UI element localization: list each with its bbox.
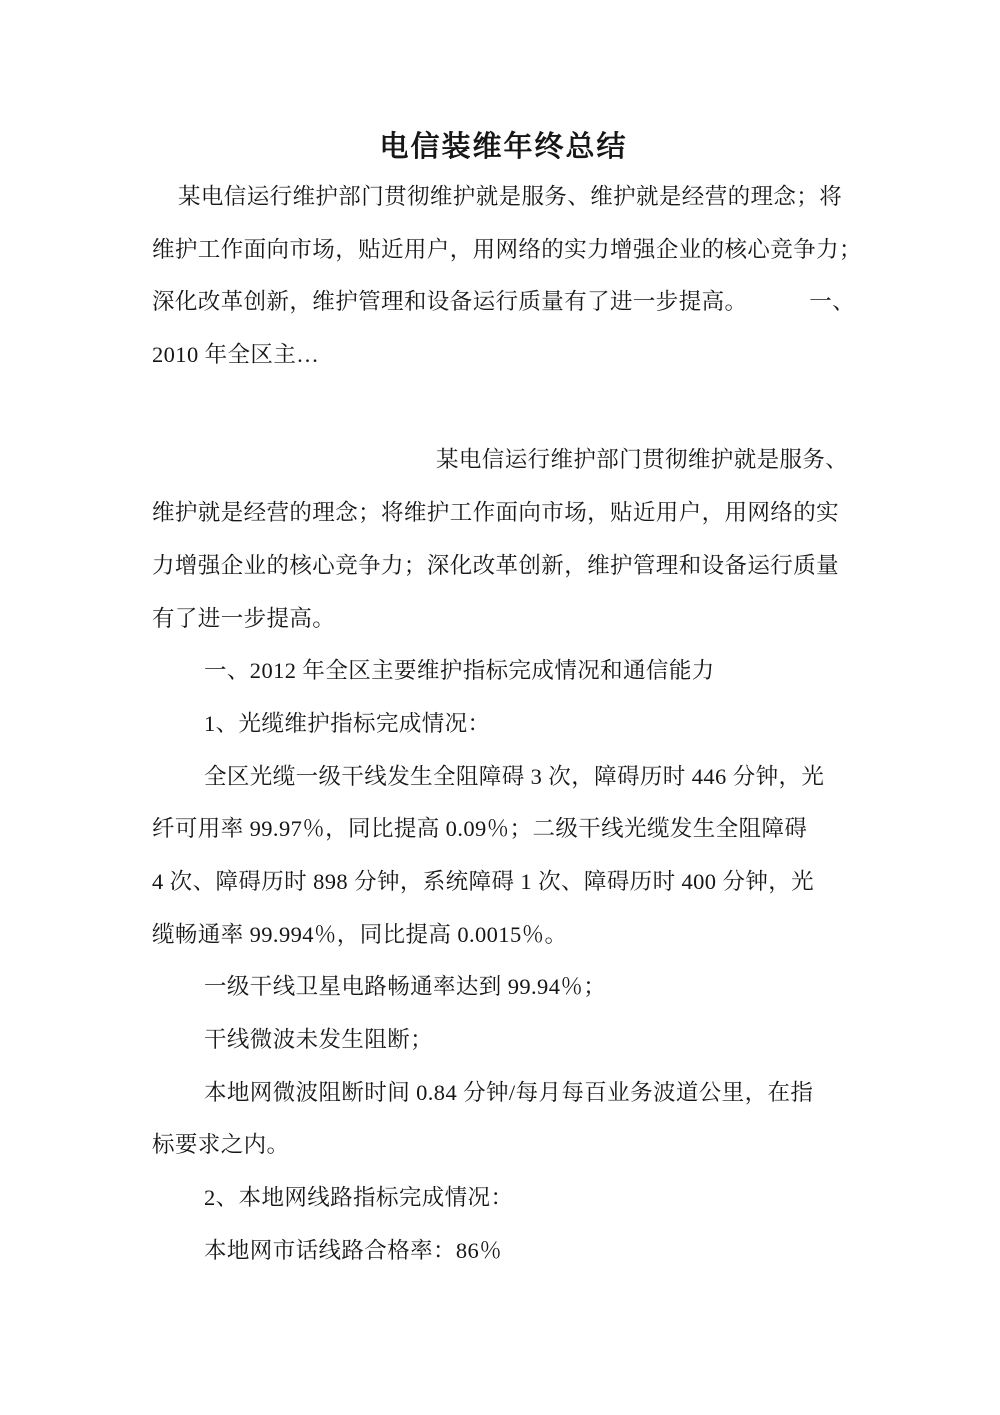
satellite-line: 一级干线卫星电路畅通率达到 99.94％； (152, 961, 855, 1014)
sub-heading-2: 2、本地网线路指标完成情况： (152, 1172, 855, 1225)
microwave-line: 干线微波未发生阻断； (152, 1014, 855, 1067)
cable-paragraph-line3: 4 次、障碍历时 898 分钟，系统障碍 1 次、障碍历时 400 分钟，光 (152, 856, 855, 909)
document-content: 电信装维年终总结 某电信运行维护部门贯彻维护就是服务、维护就是经营的理念；将 维… (152, 123, 855, 1277)
paragraph2-line1: 某电信运行维护部门贯彻维护就是服务、 (152, 434, 855, 487)
paragraph2-line2: 维护就是经营的理念；将维护工作面向市场，贴近用户，用网络的实 (152, 487, 855, 540)
paragraph2-line3: 力增强企业的核心竞争力；深化改革创新，维护管理和设备运行质量 (152, 540, 855, 593)
document-page: 电信装维年终总结 某电信运行维护部门贯彻维护就是服务、维护就是经营的理念；将 维… (0, 0, 1000, 1415)
paragraph1-line3-marker: 一、 (809, 276, 855, 329)
paragraph1-line4: 2010 年全区主… (152, 329, 855, 382)
paragraph1-line1: 某电信运行维护部门贯彻维护就是服务、维护就是经营的理念；将 (152, 171, 855, 224)
local-line-rate: 本地网市话线路合格率：86％ (152, 1225, 855, 1278)
cable-paragraph-line1: 全区光缆一级干线发生全阻障碍 3 次，障碍历时 446 分钟，光 (152, 751, 855, 804)
document-title: 电信装维年终总结 (152, 123, 855, 171)
paragraph1-line3: 深化改革创新，维护管理和设备运行质量有了进一步提高。 一、 (152, 276, 855, 329)
cable-paragraph-line2: 纤可用率 99.97％，同比提高 0.09％；二级干线光缆发生全阻障碍 (152, 803, 855, 856)
paragraph1-line3-text: 深化改革创新，维护管理和设备运行质量有了进一步提高。 (152, 276, 747, 329)
cable-paragraph-line4: 缆畅通率 99.994％，同比提高 0.0015％。 (152, 909, 855, 962)
sub-heading-1: 1、光缆维护指标完成情况： (152, 698, 855, 751)
local-microwave-line1: 本地网微波阻断时间 0.84 分钟/每月每百业务波道公里，在指 (152, 1067, 855, 1120)
section-heading: 一、2012 年全区主要维护指标完成情况和通信能力 (152, 645, 855, 698)
local-microwave-line2: 标要求之内。 (152, 1119, 855, 1172)
paragraph1-line2: 维护工作面向市场，贴近用户，用网络的实力增强企业的核心竞争力； (152, 224, 855, 277)
blank-line (152, 382, 855, 435)
paragraph2-line4: 有了进一步提高。 (152, 593, 855, 646)
